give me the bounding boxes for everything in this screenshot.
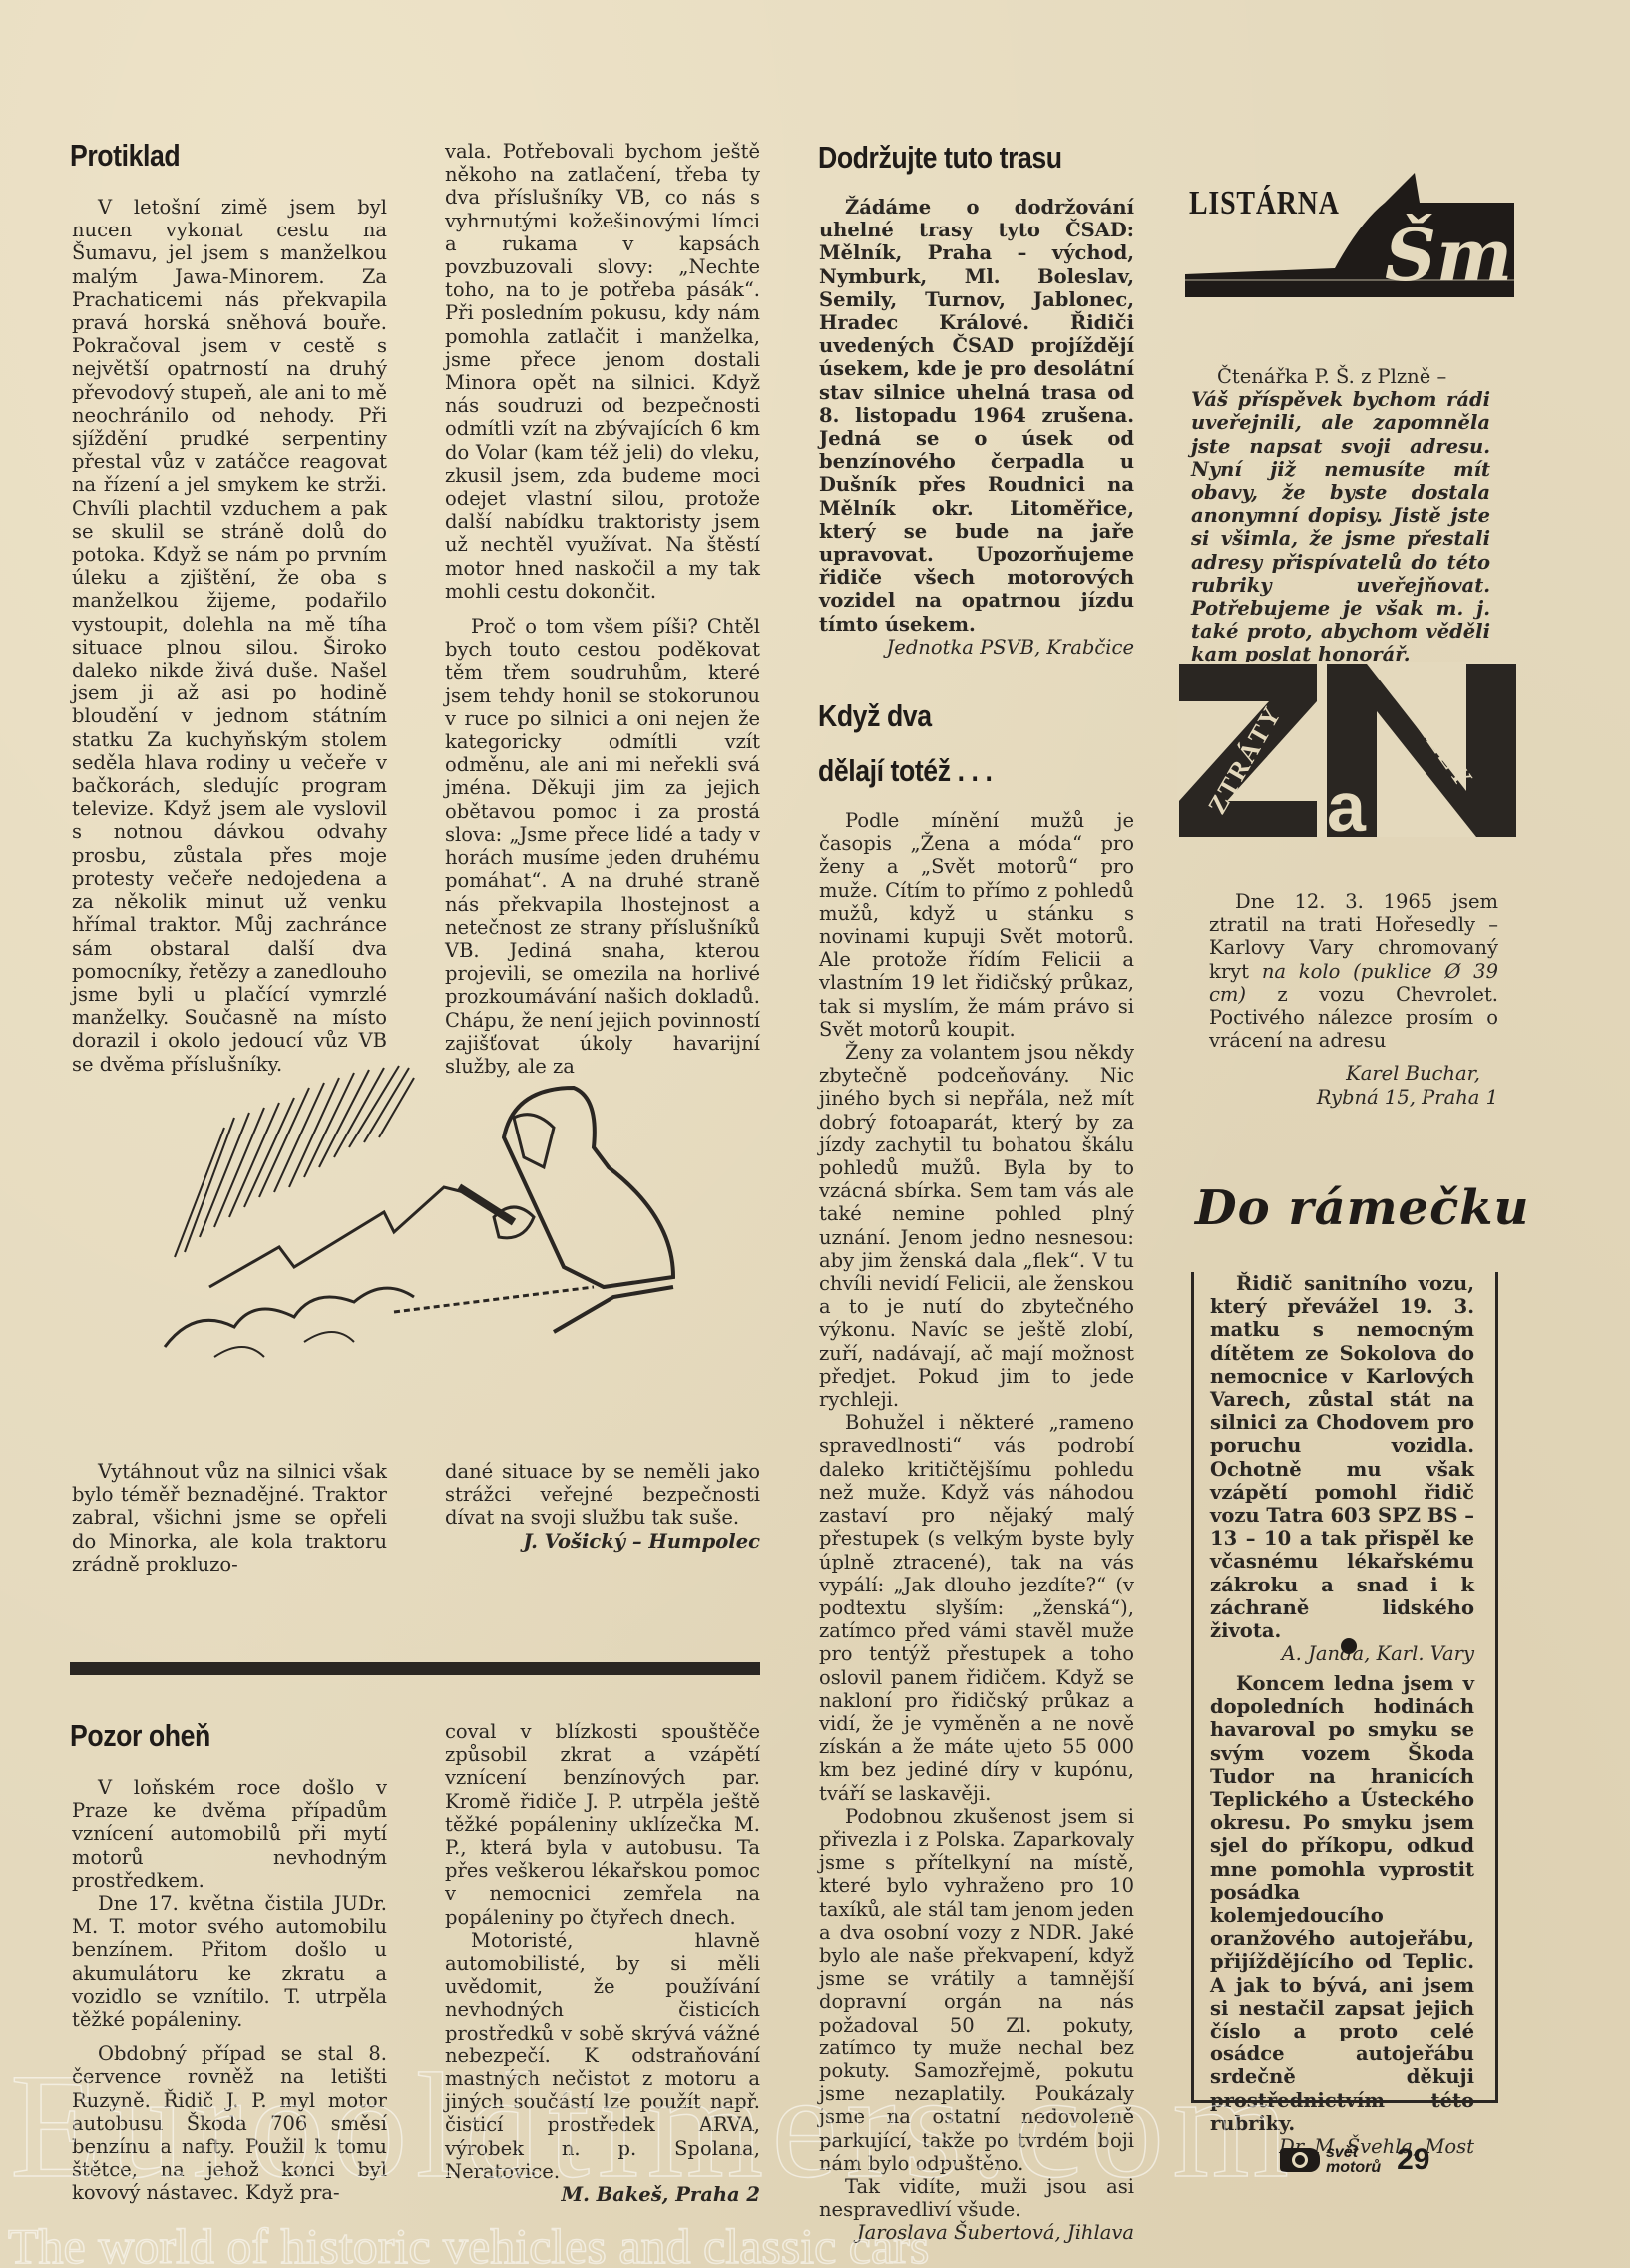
ztraty-signature-line1: Karel Buchar,: [1209, 1062, 1498, 1085]
sm-emblem-icon: Šm: [1185, 163, 1514, 297]
watermark-tagline: The world of historic vehicles and class…: [8, 2217, 929, 2268]
listarna-lead: Čtenářka P. Š. z Plzně –: [1191, 365, 1490, 388]
do-ramecku-title: Do rámečku: [1195, 1180, 1529, 1236]
protiklad-paragraph: Proč o tom všem píši? Chtěl bych touto c…: [445, 615, 760, 1078]
ztraty-signature-line2: Rybná 15, Praha 1: [1209, 1086, 1498, 1109]
article-title-protiklad: Protiklad: [70, 138, 180, 174]
magazine-name-line2: motorů: [1326, 2160, 1381, 2175]
do-ramecku-paragraph: Řidič sanitního vozu, který převážel 19.…: [1210, 1272, 1474, 1642]
listarna-logo: LISTÁRNA Šm: [1185, 163, 1514, 297]
protiklad-column-2: vala. Potřebovali bychom ještě někoho na…: [445, 140, 760, 1078]
pozor-ohen-paragraph: V loňském roce došlo v Praze ke dvěma př…: [72, 1776, 387, 1892]
do-ramecku-paragraph: Koncem ledna jsem v dopoledních hodinách…: [1210, 1672, 1474, 2135]
pozor-ohen-column-2: coval v blízkosti spouštěče způsobil zkr…: [445, 1720, 760, 2206]
ztraty-a-nalezy-logo: ZTRÁTY NÁLEZY a: [1177, 662, 1516, 837]
ztraty-paragraph: Dne 12. 3. 1965 jsem ztratil na trati Ho…: [1209, 890, 1498, 1052]
dodrzujte-signature: Jednotka PSVB, Krabčice: [819, 636, 1134, 659]
article-title-dodrzujte: Dodržujte tuto trasu: [818, 140, 1062, 176]
kdyz-dva-paragraph: Podle mínění mužů je časopis „Žena a mód…: [819, 809, 1134, 1041]
page-number: 29: [1397, 2143, 1429, 2177]
bullet-separator-icon: [1341, 1638, 1357, 1654]
listarna-paragraph: Váš příspěvek bychom rádi uveřejnili, al…: [1191, 388, 1490, 666]
svet-motoru-badge-icon: [1280, 2148, 1320, 2172]
pozor-ohen-paragraph: coval v blízkosti spouštěče způsobil zkr…: [445, 1720, 760, 1929]
snowstorm-hatching: [175, 1066, 414, 1257]
protiklad-paragraph: V letošní zimě jsem byl nucen vykonat ce…: [72, 196, 387, 1076]
kdyz-dva-paragraph: Podobnou zkušenost jsem si přivezla i z …: [819, 1805, 1134, 2175]
kdyz-dva-paragraph: Tak vidíte, muži jsou asi nespravedliví …: [819, 2175, 1134, 2221]
magazine-name-line1: svět: [1326, 2145, 1381, 2160]
kdyz-dva-body: Podle mínění mužů je časopis „Žena a mód…: [819, 809, 1134, 2245]
protiklad-column-1-end: Vytáhnout vůz na silnici však bylo téměř…: [72, 1460, 387, 1576]
svg-text:Šm: Šm: [1385, 213, 1512, 297]
svg-text:a: a: [1327, 768, 1367, 837]
listarna-body: Čtenářka P. Š. z Plzně – Váš příspěvek b…: [1191, 365, 1490, 667]
pozor-ohen-paragraph: Motoristé, hlavně automobilisté, by si m…: [445, 1929, 760, 2183]
article-title-kdyz-dva-line1: Když dva: [818, 698, 932, 734]
protiklad-paragraph: vala. Potřebovali bychom ještě někoho na…: [445, 140, 760, 603]
dodrzujte-paragraph: Žádáme o dodržování uhelné trasy tyto ČS…: [819, 196, 1134, 636]
protiklad-column-2-end: dané situace by se neměli jako strážci v…: [445, 1460, 760, 1553]
pozor-ohen-column-1: V loňském roce došlo v Praze ke dvěma př…: [72, 1776, 387, 2205]
ztraty-body: Dne 12. 3. 1965 jsem ztratil na trati Ho…: [1209, 890, 1498, 1109]
do-ramecku-letter-2: Koncem ledna jsem v dopoledních hodinách…: [1210, 1672, 1474, 2158]
protiklad-paragraph: dané situace by se neměli jako strážci v…: [445, 1460, 760, 1530]
protiklad-signature: J. Vošický – Humpolec: [445, 1530, 760, 1553]
pozor-ohen-signature: M. Bakeš, Praha 2: [445, 2183, 760, 2206]
kdyz-dva-signature: Jaroslava Šubertová, Jihlava: [819, 2221, 1134, 2244]
article-title-kdyz-dva-line2: dělají totéž . . .: [818, 753, 992, 789]
pozor-ohen-paragraph: Obdobný případ se stal 8. července rovně…: [72, 2042, 387, 2204]
do-ramecku-letter-1: Řidič sanitního vozu, který převážel 19.…: [1210, 1272, 1474, 1665]
protiklad-paragraph: Vytáhnout vůz na silnici však bylo téměř…: [72, 1460, 387, 1576]
footer-magazine-logo: svět motorů 29: [1280, 2143, 1429, 2177]
tractor-cartoon-illustration: [155, 1058, 713, 1397]
kdyz-dva-paragraph: Bohužel i některé „rameno spravedlnosti“…: [819, 1411, 1134, 1804]
protiklad-column-1: V letošní zimě jsem byl nucen vykonat ce…: [72, 196, 387, 1076]
article-title-pozor-ohen: Pozor oheň: [70, 1718, 210, 1754]
kdyz-dva-paragraph: Ženy za volantem jsou někdy zbytečně pod…: [819, 1041, 1134, 1411]
pozor-ohen-paragraph: Dne 17. května čistila JUDr. M. T. motor…: [72, 1892, 387, 2031]
dodrzujte-body: Žádáme o dodržování uhelné trasy tyto ČS…: [819, 196, 1134, 659]
section-divider: [70, 1662, 760, 1675]
